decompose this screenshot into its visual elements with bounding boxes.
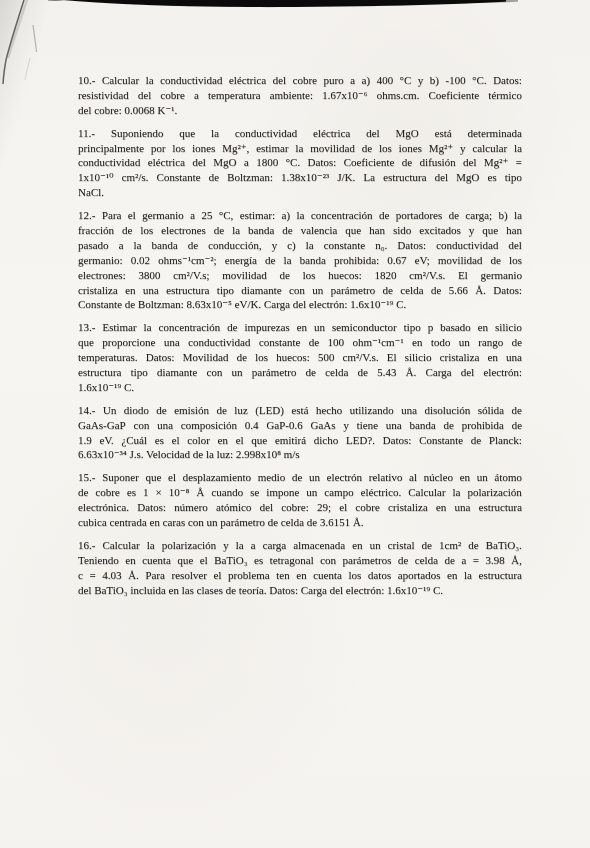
text-line: 1x10⁻¹⁰cm²/s.ConstantedeBoltzman:1.38x10… [78,171,522,186]
problem-14: 14.-Undiododeemisióndeluz(LED)estáhechou… [78,404,522,464]
text-line: conductividadeléctricadelMgOa1800°C.Dato… [78,156,522,171]
text-line: 1.6x10⁻¹⁹ C. [78,381,522,396]
text-line: 10.-Calcularlaconductividadeléctricadelc… [78,74,522,89]
text-line: 11.-Suponiendoquelaconductividadeléctric… [78,127,522,142]
text-line: Constante de Boltzman: 8.63x10⁻⁵ eV/K. C… [78,298,522,313]
text-line: del BaTiO₃ incluida en las clases de teo… [78,584,522,599]
text-line: temperaturas.Datos:Movilidaddeloshuecos:… [78,351,522,366]
problem-12: 12.-Paraelgermanioa25°C,estimar:a)laconc… [78,209,522,313]
text-line: 6.63x10⁻³⁴ J.s. Velocidad de la luz: 2.9… [78,448,522,463]
text-line: del cobre: 0.0068 K⁻¹. [78,104,522,119]
text-line: germanio:0.02ohms⁻¹cm⁻²;energíadelabanda… [78,254,522,269]
text-line: TeniendoencuentaqueelBaTiO₃estetragonalc… [78,554,522,569]
problem-10: 10.-Calcularlaconductividadeléctricadelc… [78,74,522,119]
page-fold-crease [0,0,70,120]
scanner-edge-artifact [0,0,590,16]
text-line: decobrees1×10⁻⁸Åcuandoseimponeuncampoelé… [78,486,522,501]
problem-list: 10.-Calcularlaconductividadeléctricadelc… [78,74,522,607]
text-line: cristalizaenunaestructuratipodiamantecon… [78,284,522,299]
text-line: pasadoalabandadeconducción,yc)laconstant… [78,239,522,254]
text-line: 12.-Paraelgermanioa25°C,estimar:a)laconc… [78,209,522,224]
text-line: 13.-Estimarlaconcentracióndeimpurezasenu… [78,321,522,336]
text-line: principalmenteporlosionesMg²⁺,estimarlam… [78,142,522,157]
scanned-document-page: 10.-Calcularlaconductividadeléctricadelc… [0,0,590,848]
problem-13: 13.-Estimarlaconcentracióndeimpurezasenu… [78,321,522,395]
text-line: electrónica.Datos:númeroatómicodelcobre:… [78,501,522,516]
text-line: GaAs-GaPconunacomposición0.4GaP-0.6GaAsy… [78,419,522,434]
text-line: NaCl. [78,186,522,201]
problem-16: 16.-Calcularlapolarizaciónylaacargaalmac… [78,539,522,599]
text-line: cubica centrada en caras con un parámetr… [78,516,522,531]
problem-11: 11.-Suponiendoquelaconductividadeléctric… [78,127,522,201]
text-line: resistividaddelcobreatemperaturaambiente… [78,89,522,104]
text-line: c=4.03Å.Pararesolverelproblematenencuent… [78,569,522,584]
text-line: 14.-Undiododeemisióndeluz(LED)estáhechou… [78,404,522,419]
text-line: fraccióndeloselectronesdelabandadevalenc… [78,224,522,239]
text-line: 15.-Suponerqueeldesplazamientomediodeune… [78,471,522,486]
text-line: 16.-Calcularlapolarizaciónylaacargaalmac… [78,539,522,554]
text-line: estructuratipodiamanteconunparámetrodece… [78,366,522,381]
text-line: queproporcioneunaconductividadconstanted… [78,336,522,351]
text-line: 1.9eV.¿CuáleselcolorenelqueemitirádichoL… [78,434,522,449]
problem-15: 15.-Suponerqueeldesplazamientomediodeune… [78,471,522,531]
text-line: electrones:3800cm²/V.s;movilidaddeloshue… [78,269,522,284]
